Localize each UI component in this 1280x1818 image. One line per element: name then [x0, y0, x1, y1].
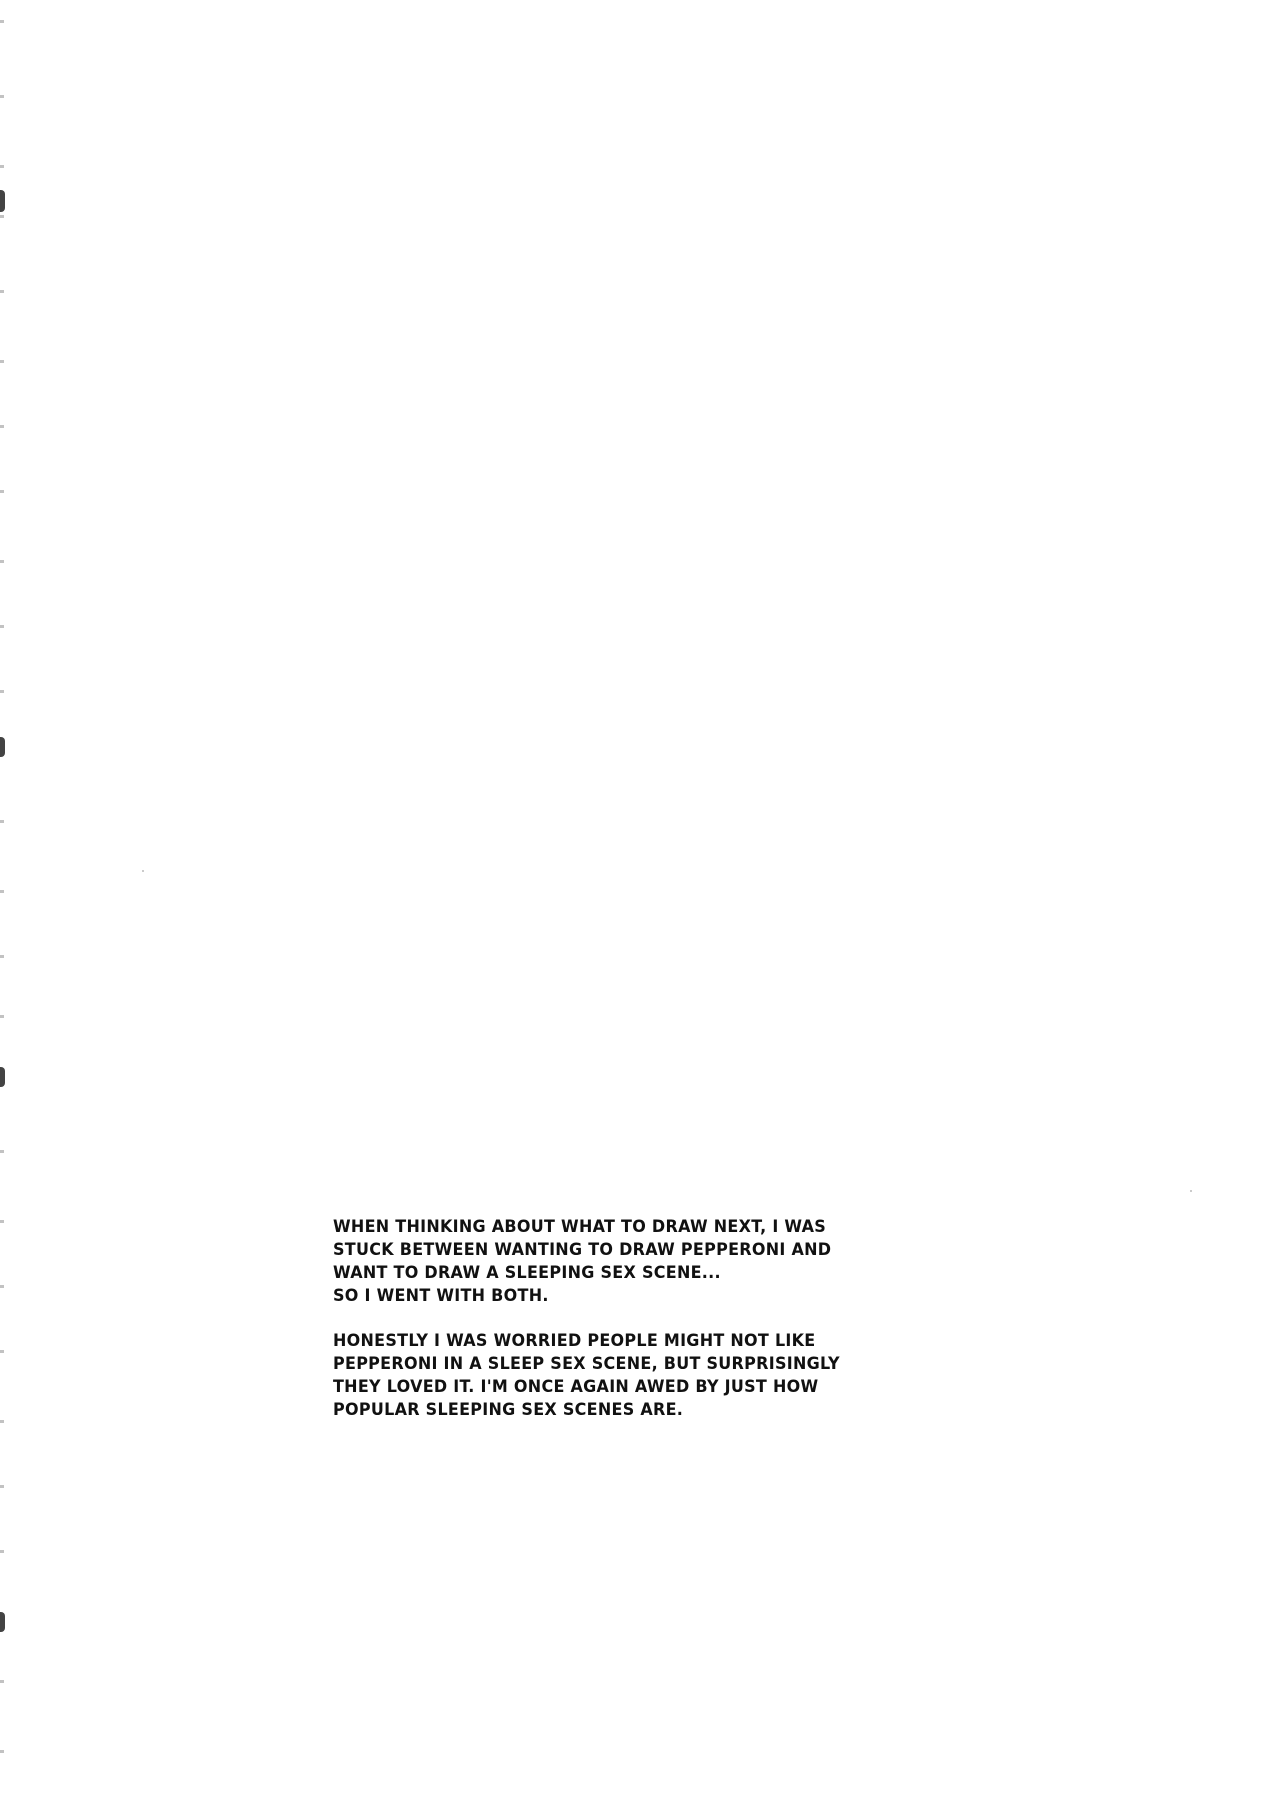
scan-artifact: [0, 560, 4, 563]
scan-artifact: [0, 955, 4, 958]
scan-artifact: [0, 1150, 4, 1153]
text-line: SO I WENT WITH BOTH.: [333, 1285, 953, 1308]
text-line: WHEN THINKING ABOUT WHAT TO DRAW NEXT, I…: [333, 1216, 953, 1239]
scan-artifact: [0, 1550, 4, 1553]
scan-artifact: [0, 820, 4, 823]
scan-artifact: [0, 690, 4, 693]
paragraph-1: WHEN THINKING ABOUT WHAT TO DRAW NEXT, I…: [333, 1216, 953, 1308]
paragraph-2: HONESTLY I WAS WORRIED PEOPLE MIGHT NOT …: [333, 1330, 953, 1422]
binding-mark: [0, 737, 5, 757]
scan-speck: [142, 870, 144, 872]
scan-artifact: [0, 165, 4, 168]
afterword-text-block: WHEN THINKING ABOUT WHAT TO DRAW NEXT, I…: [333, 1216, 953, 1444]
scan-artifact: [0, 625, 4, 628]
text-line: HONESTLY I WAS WORRIED PEOPLE MIGHT NOT …: [333, 1330, 953, 1353]
scanned-page: WHEN THINKING ABOUT WHAT TO DRAW NEXT, I…: [0, 0, 1280, 1818]
scan-artifact: [0, 1750, 4, 1753]
scan-artifact: [0, 425, 4, 428]
scan-artifact: [0, 95, 4, 98]
scan-speck: [1190, 1190, 1192, 1192]
binding-mark: [0, 1612, 5, 1632]
text-line: PEPPERONI IN A SLEEP SEX SCENE, BUT SURP…: [333, 1353, 953, 1376]
scan-artifact: [0, 1220, 4, 1223]
scan-artifact: [0, 1420, 4, 1423]
scan-artifact: [0, 1680, 4, 1683]
binding-mark: [0, 190, 5, 212]
text-line: POPULAR SLEEPING SEX SCENES ARE.: [333, 1399, 953, 1422]
scan-artifact: [0, 1485, 4, 1488]
scan-artifact: [0, 1285, 4, 1288]
scan-artifact: [0, 890, 4, 893]
scan-artifact: [0, 290, 4, 293]
scan-artifact: [0, 1015, 4, 1018]
binding-mark: [0, 1067, 5, 1087]
text-line: STUCK BETWEEN WANTING TO DRAW PEPPERONI …: [333, 1239, 953, 1262]
text-line: WANT TO DRAW A SLEEPING SEX SCENE...: [333, 1262, 953, 1285]
scan-artifact: [0, 490, 4, 493]
scan-artifact: [0, 360, 4, 363]
scan-artifact: [0, 20, 4, 23]
text-line: THEY LOVED IT. I'M ONCE AGAIN AWED BY JU…: [333, 1376, 953, 1399]
scan-artifact: [0, 215, 4, 218]
scan-artifact: [0, 1350, 4, 1353]
